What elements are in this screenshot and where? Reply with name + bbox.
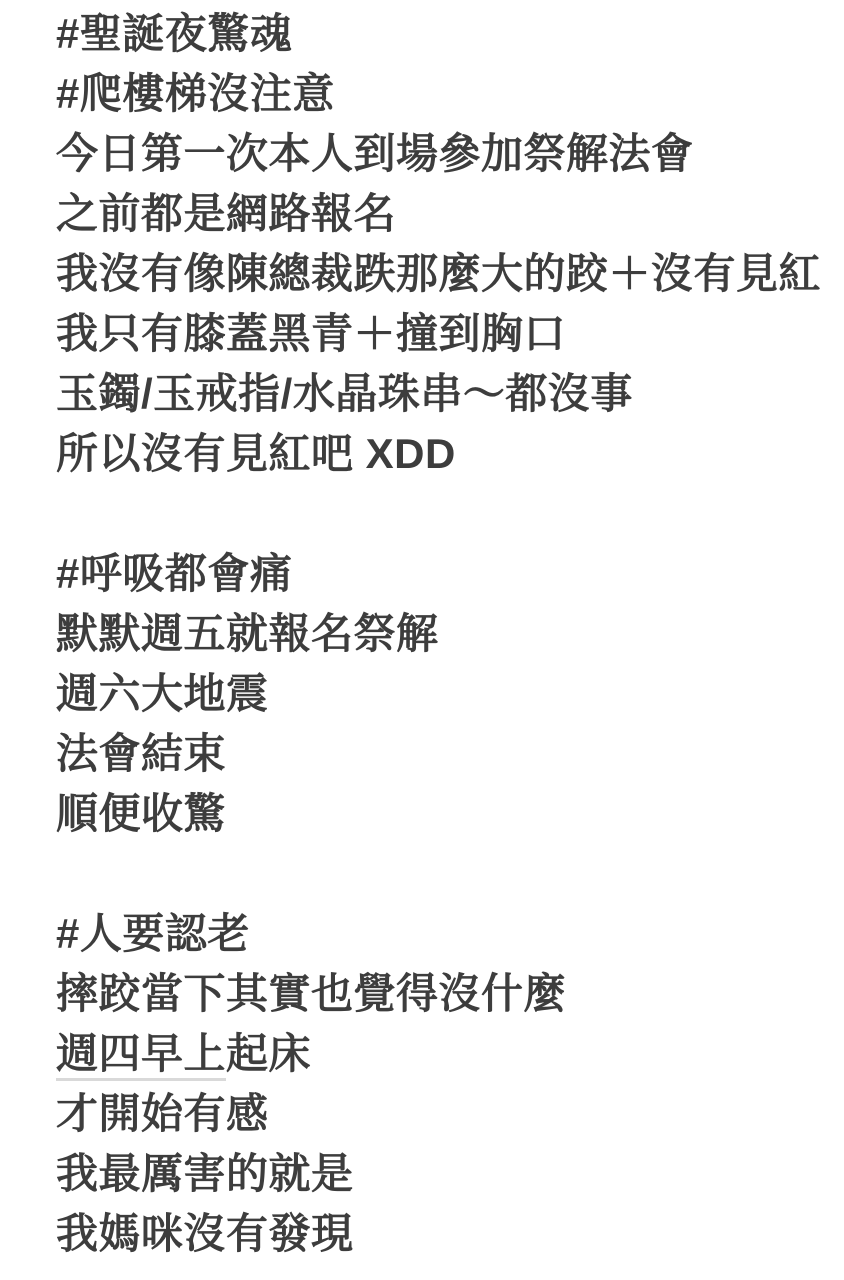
- text-line: 法會結束: [56, 724, 834, 784]
- text-line-with-underline: 週四早上起床: [56, 1024, 834, 1084]
- post-body: #聖誕夜驚魂 #爬樓梯沒注意 今日第一次本人到場參加祭解法會 之前都是網路報名 …: [0, 0, 844, 1264]
- hashtag-line: #呼吸都會痛: [56, 544, 834, 604]
- text-line: 我沒有像陳總裁跌那麼大的跤＋沒有見紅: [56, 244, 834, 304]
- text-line: 之前都是網路報名: [56, 184, 834, 244]
- hashtag-line: #人要認老: [56, 904, 834, 964]
- text-line: 摔跤當下其實也覺得沒什麼: [56, 964, 834, 1024]
- text-line: 才開始有感: [56, 1084, 834, 1144]
- hashtag-line: #爬樓梯沒注意: [56, 64, 834, 124]
- text-line: 默默週五就報名祭解: [56, 604, 834, 664]
- text-line: 我只有膝蓋黑青＋撞到胸口: [56, 304, 834, 364]
- text-line: 玉鐲/玉戒指/水晶珠串～都沒事: [56, 364, 834, 424]
- paragraph-3: #人要認老 摔跤當下其實也覺得沒什麼 週四早上起床 才開始有感 我最厲害的就是 …: [56, 904, 834, 1264]
- hashtag-line: #聖誕夜驚魂: [56, 4, 834, 64]
- text-line: 今日第一次本人到場參加祭解法會: [56, 124, 834, 184]
- text-line: 我媽咪沒有發現: [56, 1204, 834, 1264]
- paragraph-1: #聖誕夜驚魂 #爬樓梯沒注意 今日第一次本人到場參加祭解法會 之前都是網路報名 …: [56, 4, 834, 484]
- text-line: 我最厲害的就是: [56, 1144, 834, 1204]
- text-segment: 起床: [226, 1030, 311, 1077]
- paragraph-2: #呼吸都會痛 默默週五就報名祭解 週六大地震 法會結束 順便收驚: [56, 544, 834, 844]
- text-line: 週六大地震: [56, 664, 834, 724]
- underlined-text-segment: 週四早上: [56, 1030, 226, 1081]
- text-line: 順便收驚: [56, 784, 834, 844]
- text-line: 所以沒有見紅吧 XDD: [56, 424, 834, 484]
